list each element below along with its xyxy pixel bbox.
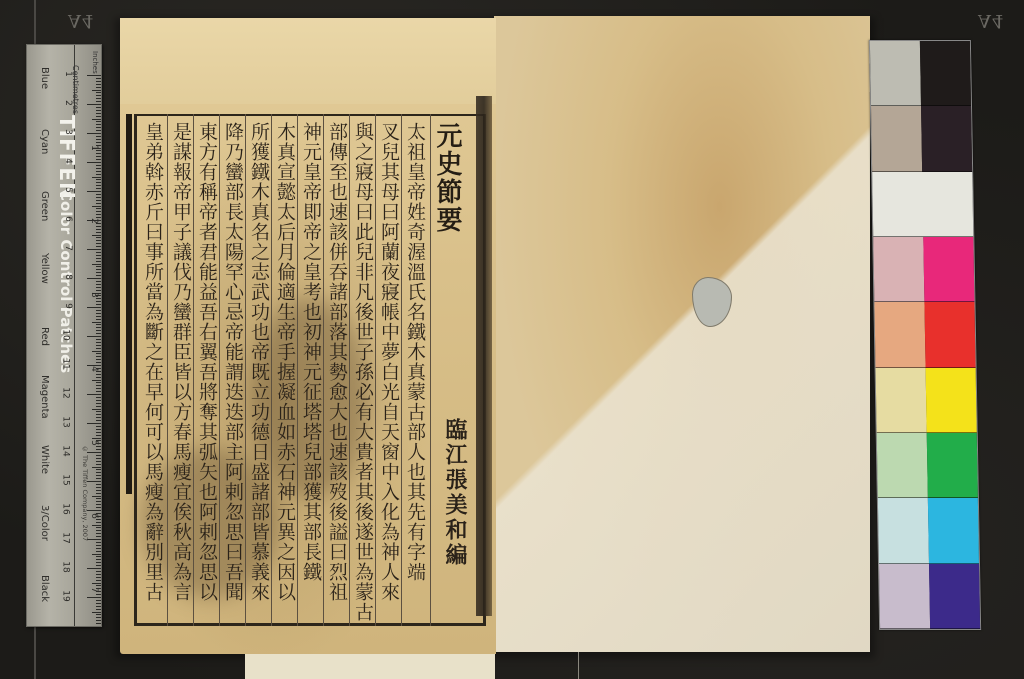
ruler-cm-number: 13 xyxy=(60,416,70,427)
ruler-minor-tick xyxy=(96,559,101,560)
ruler-minor-tick xyxy=(96,211,101,212)
ruler-minor-tick xyxy=(96,542,101,543)
color-swatch xyxy=(924,302,975,367)
ruler-minor-tick xyxy=(96,556,101,557)
patch-label-cyan: Cyan xyxy=(39,129,50,154)
ruler-minor-tick xyxy=(96,609,101,610)
ruler-minor-tick xyxy=(96,139,101,140)
ruler-minor-tick xyxy=(96,475,101,476)
corner-label-right: A4 xyxy=(978,10,1004,31)
ruler-inch-number: 5 xyxy=(89,440,99,446)
color-swatch xyxy=(878,498,929,563)
ruler-minor-tick xyxy=(96,501,101,502)
ruler-minor-tick xyxy=(96,290,101,291)
ruler-minor-tick xyxy=(96,548,101,549)
text-column: 是謀報帝甲子議伐乃蠻群臣皆以方春馬瘦宜俟秋高為言 xyxy=(170,122,192,622)
column-rule xyxy=(323,114,324,626)
ruler-tick xyxy=(87,75,101,76)
ruler-minor-tick xyxy=(96,411,101,412)
text-column: 叉兒其母曰阿蘭夜寢帳中夢白光自天窗中入化為神人來 xyxy=(378,122,400,622)
text-column: 部傳至也速該併吞諸部落其勢愈大也速該歿後謚曰烈祖 xyxy=(326,122,348,622)
ruler-tick xyxy=(87,249,101,250)
ruler-minor-tick xyxy=(96,252,101,253)
color-swatch xyxy=(920,41,971,106)
ruler-inch-number: 1 xyxy=(89,145,99,151)
tiffen-ruler: 1234567 Inches Centimetres TIFFEN Color … xyxy=(26,44,102,627)
ruler-cm-number: 14 xyxy=(60,445,70,456)
text-column: 神元皇帝即帝之皇考也初神元征塔塔兒部獲其部長鐵 xyxy=(300,122,322,622)
patch-label-green: Green xyxy=(39,191,50,221)
ruler-minor-tick xyxy=(96,374,101,375)
ruler-copyright: © The Tiffen Company, 2007 xyxy=(81,445,89,541)
ruler-minor-tick xyxy=(92,322,101,323)
ruler-minor-tick xyxy=(96,188,101,189)
ruler-minor-tick xyxy=(96,84,101,85)
ruler-minor-tick xyxy=(96,310,101,311)
ruler-minor-tick xyxy=(96,107,101,108)
ruler-minor-tick xyxy=(96,507,101,508)
ruler-minor-tick xyxy=(96,208,101,209)
ruler-unit-inches: Inches xyxy=(91,51,99,74)
column-rule xyxy=(167,114,168,626)
ruler-minor-tick xyxy=(92,119,101,120)
ruler-minor-tick xyxy=(96,243,101,244)
ruler-minor-tick xyxy=(96,623,101,624)
ruler-inch-number: 7 xyxy=(89,587,99,593)
column-rule xyxy=(219,114,220,626)
ruler-minor-tick xyxy=(96,284,101,285)
ruler-minor-tick xyxy=(96,461,101,462)
patch-label-black: Black xyxy=(39,575,50,602)
column-rule xyxy=(271,114,272,626)
color-swatch xyxy=(926,368,977,433)
ruler-minor-tick xyxy=(92,612,101,613)
ruler-tick xyxy=(87,336,101,337)
ruler-inch-number: 2 xyxy=(89,219,99,225)
color-swatch xyxy=(871,106,922,171)
ruler-minor-tick xyxy=(96,400,101,401)
ruler-minor-tick xyxy=(96,95,101,96)
ruler-minor-tick xyxy=(96,388,101,389)
ruler-minor-tick xyxy=(96,171,101,172)
ruler-tick xyxy=(87,423,101,424)
ruler-minor-tick xyxy=(96,194,101,195)
ruler-minor-tick xyxy=(96,281,101,282)
column-rule xyxy=(375,114,376,626)
ruler-minor-tick xyxy=(96,620,101,621)
ruler-minor-tick xyxy=(96,403,101,404)
ruler-minor-tick xyxy=(96,498,101,499)
color-swatch xyxy=(876,368,927,433)
ruler-minor-tick xyxy=(96,487,101,488)
ruler-tick xyxy=(87,278,101,279)
ruler-minor-tick xyxy=(96,429,101,430)
ruler-minor-tick xyxy=(96,458,101,459)
patch-label-3color: 3/Color xyxy=(39,505,50,541)
ruler-minor-tick xyxy=(96,110,101,111)
ruler-inch-number: 4 xyxy=(89,366,99,372)
ruler-minor-tick xyxy=(96,469,101,470)
ruler-minor-tick xyxy=(96,571,101,572)
ruler-inch-number: 3 xyxy=(89,292,99,298)
ruler-minor-tick xyxy=(96,214,101,215)
ruler-minor-tick xyxy=(96,493,101,494)
ruler-minor-tick xyxy=(96,562,101,563)
text-column: 所獲鐵木真名之志武功也帝既立功德日盛諸部皆慕義來 xyxy=(248,122,270,622)
column-rule xyxy=(245,114,246,626)
ruler-minor-tick xyxy=(96,432,101,433)
color-swatch xyxy=(921,106,972,171)
ruler-minor-tick xyxy=(96,121,101,122)
ruler-minor-tick xyxy=(96,185,101,186)
ruler-minor-tick xyxy=(96,255,101,256)
ruler-minor-tick xyxy=(96,417,101,418)
ruler-minor-tick xyxy=(96,98,101,99)
ruler-minor-tick xyxy=(96,200,101,201)
ruler-minor-tick xyxy=(96,490,101,491)
color-swatch xyxy=(872,172,973,237)
ruler-minor-tick xyxy=(96,484,101,485)
ruler-minor-tick xyxy=(96,87,101,88)
upper-margin xyxy=(120,18,496,104)
column-rule xyxy=(349,114,350,626)
column-rule xyxy=(430,114,431,626)
ruler-minor-tick xyxy=(96,545,101,546)
printed-text-block: 元史節要 臨江張美和編 太祖皇帝姓奇渥溫氏名鐵木真蒙古部人也其先有字端 叉兒其母… xyxy=(134,114,486,626)
ruler-minor-tick xyxy=(96,345,101,346)
ruler-minor-tick xyxy=(96,377,101,378)
ruler-cm-number: 7 xyxy=(63,245,73,251)
color-swatch xyxy=(879,564,930,629)
text-column: 木真宣懿太后月倫適生帝手握凝血如赤石神元異之因以 xyxy=(274,122,296,622)
text-column: 皇弟斡赤斤曰事所當為斷之在早何可以馬瘦為辭別里古 xyxy=(142,122,164,622)
patch-label-red: Red xyxy=(39,327,50,346)
ruler-tick xyxy=(87,191,101,192)
text-column: 東方有稱帝者君能益吾右翼吾將奪其弧矢也阿剌忽思以 xyxy=(196,122,218,622)
patch-label-white: White xyxy=(39,445,50,474)
ruler-minor-tick xyxy=(96,339,101,340)
ruler-minor-tick xyxy=(96,449,101,450)
ruler-minor-tick xyxy=(96,333,101,334)
ruler-tick xyxy=(87,307,101,308)
ruler-minor-tick xyxy=(96,78,101,79)
ruler-cm-number: 19 xyxy=(60,590,70,601)
ruler-minor-tick xyxy=(92,264,101,265)
ruler-minor-tick xyxy=(96,156,101,157)
ruler-minor-tick xyxy=(96,406,101,407)
ruler-minor-tick xyxy=(96,420,101,421)
right-page xyxy=(494,16,870,652)
ruler-minor-tick xyxy=(96,81,101,82)
ruler-minor-tick xyxy=(96,382,101,383)
color-calibration-chart xyxy=(869,40,981,630)
ruler-minor-tick xyxy=(96,179,101,180)
ruler-minor-tick xyxy=(96,614,101,615)
color-swatch xyxy=(923,237,974,302)
ruler-tick xyxy=(87,394,101,395)
ruler-minor-tick xyxy=(96,551,101,552)
ruler-minor-tick xyxy=(96,527,101,528)
ruler-minor-tick xyxy=(96,124,101,125)
ruler-cm-number: 1 xyxy=(63,71,73,77)
ruler-minor-tick xyxy=(96,504,101,505)
ruler-minor-tick xyxy=(96,266,101,267)
ruler-minor-tick xyxy=(96,101,101,102)
ruler-minor-tick xyxy=(92,351,101,352)
ruler-minor-tick xyxy=(92,583,101,584)
color-swatch xyxy=(927,433,978,498)
color-swatch xyxy=(877,433,928,498)
ruler-minor-tick xyxy=(96,316,101,317)
color-swatch xyxy=(870,41,921,106)
color-swatch xyxy=(928,498,979,563)
ruler-minor-tick xyxy=(96,536,101,537)
ruler-minor-tick xyxy=(96,617,101,618)
ruler-minor-tick xyxy=(96,165,101,166)
ruler-minor-tick xyxy=(92,525,101,526)
ruler-minor-tick xyxy=(96,522,101,523)
ruler-tick xyxy=(87,568,101,569)
mended-patch xyxy=(692,277,732,327)
ruler-minor-tick xyxy=(96,362,101,363)
ruler-minor-tick xyxy=(96,391,101,392)
ruler-minor-tick xyxy=(96,174,101,175)
color-swatch xyxy=(874,302,925,367)
ruler-minor-tick xyxy=(96,272,101,273)
ruler-cm-number: 18 xyxy=(60,561,70,572)
ruler-minor-tick xyxy=(96,261,101,262)
ruler-minor-tick xyxy=(96,385,101,386)
ruler-cm-number: 11 xyxy=(60,358,70,369)
ruler-minor-tick xyxy=(96,330,101,331)
color-swatch xyxy=(929,564,980,629)
ruler-minor-tick xyxy=(96,464,101,465)
ruler-minor-tick xyxy=(96,287,101,288)
ruler-minor-tick xyxy=(96,356,101,357)
ruler-minor-tick xyxy=(96,606,101,607)
ruler-minor-tick xyxy=(96,577,101,578)
ruler-minor-tick xyxy=(96,580,101,581)
ruler-minor-tick xyxy=(96,142,101,143)
ruler-minor-tick xyxy=(96,275,101,276)
ruler-cm-number: 16 xyxy=(60,503,70,514)
paper-slip xyxy=(245,650,495,679)
corner-label-left: A4 xyxy=(68,10,94,31)
ruler-minor-tick xyxy=(96,226,101,227)
ruler-tick xyxy=(87,481,101,482)
patch-label-magenta: Magenta xyxy=(39,375,50,419)
ruler-minor-tick xyxy=(96,574,101,575)
ruler-minor-tick xyxy=(96,301,101,302)
ruler-cm-number: 2 xyxy=(63,100,73,106)
ruler-minor-tick xyxy=(96,414,101,415)
ruler-minor-tick xyxy=(96,159,101,160)
ruler-minor-tick xyxy=(92,177,101,178)
ruler-minor-tick xyxy=(96,353,101,354)
ruler-minor-tick xyxy=(92,206,101,207)
left-page: 元史節要 臨江張美和編 太祖皇帝姓奇渥溫氏名鐵木真蒙古部人也其先有字端 叉兒其母… xyxy=(120,18,496,654)
ruler-minor-tick xyxy=(92,496,101,497)
ruler-minor-tick xyxy=(96,269,101,270)
ruler-minor-tick xyxy=(96,92,101,93)
ruler-minor-tick xyxy=(96,530,101,531)
ruler-tick xyxy=(87,539,101,540)
color-swatch xyxy=(873,237,924,302)
ruler-minor-tick xyxy=(96,232,101,233)
book-title: 元史節要 xyxy=(436,122,466,234)
ruler-minor-tick xyxy=(96,478,101,479)
ruler-minor-tick xyxy=(96,324,101,325)
ruler-cm-number: 4 xyxy=(63,158,73,164)
column-rule xyxy=(401,114,402,626)
ruler-minor-tick xyxy=(96,359,101,360)
ruler-cm-number: 5 xyxy=(63,187,73,193)
ruler-minor-tick xyxy=(96,240,101,241)
ruler-minor-tick xyxy=(96,446,101,447)
ruler-minor-tick xyxy=(96,127,101,128)
ruler-minor-tick xyxy=(96,168,101,169)
text-column: 太祖皇帝姓奇渥溫氏名鐵木真蒙古部人也其先有字端 xyxy=(404,122,426,622)
ruler-cm-number: 17 xyxy=(60,532,70,543)
ruler-minor-tick xyxy=(96,113,101,114)
ruler-minor-tick xyxy=(96,342,101,343)
ruler-tick xyxy=(87,452,101,453)
ruler-minor-tick xyxy=(96,472,101,473)
ruler-minor-tick xyxy=(96,298,101,299)
ruler-minor-tick xyxy=(96,229,101,230)
ruler-minor-tick xyxy=(96,600,101,601)
ruler-minor-tick xyxy=(96,153,101,154)
ruler-minor-tick xyxy=(96,197,101,198)
ruler-minor-tick xyxy=(96,237,101,238)
ruler-cm-number: 15 xyxy=(60,474,70,485)
ruler-tick xyxy=(87,104,101,105)
ruler-minor-tick xyxy=(96,603,101,604)
column-rule xyxy=(297,114,298,626)
ruler-minor-tick xyxy=(96,258,101,259)
ruler-minor-tick xyxy=(96,116,101,117)
ruler-minor-tick xyxy=(96,304,101,305)
ruler-tick xyxy=(87,133,101,134)
ruler-cm-number: 3 xyxy=(63,129,73,135)
ruler-minor-tick xyxy=(96,182,101,183)
ruler-minor-tick xyxy=(96,397,101,398)
ruler-tick xyxy=(87,510,101,511)
ruler-minor-tick xyxy=(96,594,101,595)
ruler-minor-tick xyxy=(92,554,101,555)
ruler-tick xyxy=(87,162,101,163)
column-rule xyxy=(193,114,194,626)
ruler-minor-tick xyxy=(96,313,101,314)
ruler-minor-tick xyxy=(96,246,101,247)
ruler-tick xyxy=(87,597,101,598)
ruler-minor-tick xyxy=(96,455,101,456)
ruler-minor-tick xyxy=(92,438,101,439)
ruler-minor-tick xyxy=(96,533,101,534)
ruler-minor-tick xyxy=(96,565,101,566)
ruler-inch-number: 6 xyxy=(89,513,99,519)
ruler-minor-tick xyxy=(92,235,101,236)
ruler-minor-tick xyxy=(96,435,101,436)
ruler-minor-tick xyxy=(92,467,101,468)
ruler-cm-number: 10 xyxy=(60,329,70,340)
patch-label-blue: Blue xyxy=(39,67,50,89)
ruler-cm-number: 8 xyxy=(63,274,73,280)
ruler-minor-tick xyxy=(96,348,101,349)
block-margin xyxy=(126,114,132,494)
ruler-minor-tick xyxy=(92,409,101,410)
text-column: 降乃蠻部長太陽罕心忌帝能謂迭迭部主阿剌忽思曰吾聞 xyxy=(222,122,244,622)
ruler-minor-tick xyxy=(96,319,101,320)
ruler-minor-tick xyxy=(96,426,101,427)
ruler-cm-number: 6 xyxy=(63,216,73,222)
ruler-minor-tick xyxy=(96,136,101,137)
cradle-line xyxy=(578,650,579,679)
ruler-cm-number: 9 xyxy=(63,303,73,309)
block-spine-border xyxy=(476,96,492,616)
text-column: 與之寢母曰此兒非凡後世子孫必有大貴者其後遂世為蒙古 xyxy=(352,122,374,622)
ruler-minor-tick xyxy=(96,130,101,131)
ruler-cm-number: 12 xyxy=(60,387,70,398)
ruler-minor-tick xyxy=(96,203,101,204)
book-author: 臨江張美和編 xyxy=(440,418,471,568)
ruler-minor-tick xyxy=(92,380,101,381)
ruler-minor-tick xyxy=(92,90,101,91)
ruler-minor-tick xyxy=(96,327,101,328)
patch-label-yellow: Yellow xyxy=(39,253,50,284)
